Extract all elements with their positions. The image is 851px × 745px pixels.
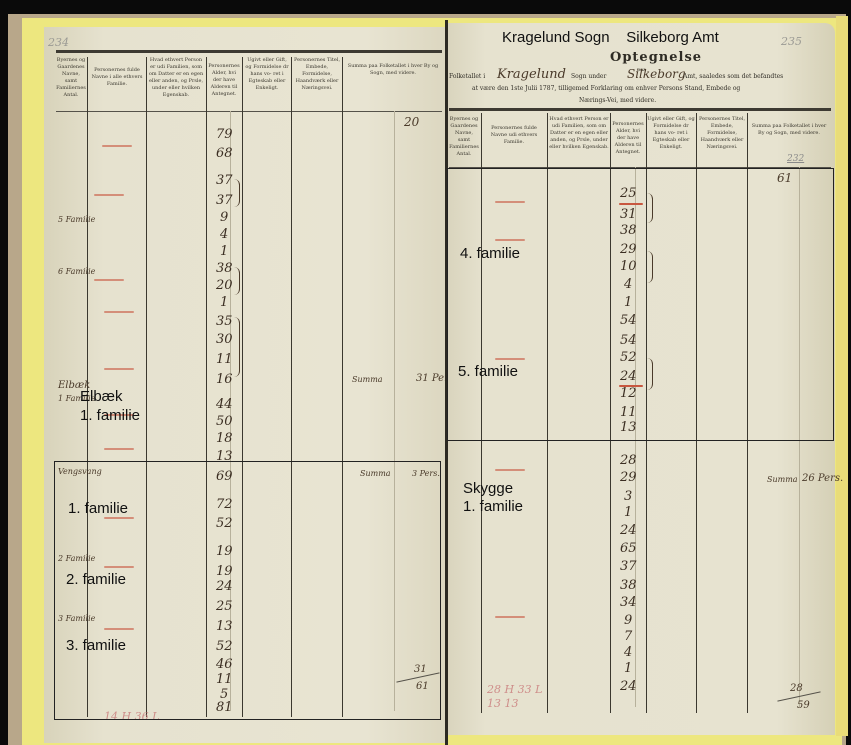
age-value: 9 xyxy=(220,210,228,225)
form-line1-post: Amt, saaledes som det befandtes xyxy=(683,73,783,80)
age-value: 16 xyxy=(216,372,233,387)
age-value: 37 xyxy=(216,193,233,208)
header-rule-bottom xyxy=(56,111,442,112)
age-value: 20 xyxy=(216,278,233,293)
header-col-age: Personernes Alder, hvi der have Alderen … xyxy=(208,63,240,103)
red-underline xyxy=(495,616,525,618)
header-col-summa: Summa paa Folketallet i hver By og Sogn,… xyxy=(344,63,442,93)
header-col-summa: Summa paa Folketallet i hver By og Sogn,… xyxy=(749,123,829,153)
age-value: 34 xyxy=(620,595,637,610)
label-skygge: Skygge xyxy=(463,480,513,498)
header-col-name: Personernes fulde Navne i alle ethvers F… xyxy=(89,67,145,97)
age-value: 37 xyxy=(216,173,233,188)
red-underline xyxy=(495,469,525,471)
red-underline xyxy=(104,448,134,450)
form-line2: at være den 1ste Julii 1787, tilligemed … xyxy=(472,85,740,92)
label-elbaek: Elbæk xyxy=(80,388,123,406)
form-line1-mid: Sogn under xyxy=(571,73,606,80)
age-value: 30 xyxy=(216,332,233,347)
form-line3: Nærings-Vei, med videre. xyxy=(579,97,656,104)
amt-handwritten: Silkeborg xyxy=(627,67,686,81)
age-value: 28 xyxy=(620,453,637,468)
summa-value: 26 Pers. xyxy=(802,473,843,484)
header-col-relation: Hvad ethvert Person er udi Familien, som… xyxy=(147,57,205,109)
header-col-occupation: Personernes Titel, Embede, Formidelse, H… xyxy=(293,57,341,102)
age-value: 38 xyxy=(216,261,233,276)
place-note: 6 Familie xyxy=(58,267,95,276)
label-left-family-1: 1. familie xyxy=(68,500,128,518)
age-value: 68 xyxy=(216,146,233,161)
age-value: 37 xyxy=(620,559,637,574)
left-page-number: 234 xyxy=(48,36,69,49)
fraction-top: 28 xyxy=(790,683,803,694)
parish-handwritten: Kragelund xyxy=(497,67,566,82)
age-value: 4 xyxy=(220,227,228,242)
age-value: 1 xyxy=(624,505,632,520)
red-underline xyxy=(94,194,124,196)
form-line1-pre: Folketallet i xyxy=(449,73,485,80)
age-value: 50 xyxy=(216,414,233,429)
header-note: 232 xyxy=(787,154,804,164)
brace-mark xyxy=(234,267,240,295)
header-rule-top xyxy=(56,50,442,53)
age-value: 24 xyxy=(620,679,637,694)
summa-label: Summa xyxy=(767,475,798,484)
header-col-marital: Ugivt eller Gift, og Formidelse dr hans … xyxy=(244,57,290,102)
age-value: 11 xyxy=(216,352,233,367)
age-value: 3 xyxy=(624,489,632,504)
top-right-note: 20 xyxy=(404,115,419,129)
age-value: 44 xyxy=(216,397,233,412)
age-value: 18 xyxy=(216,431,233,446)
header-col-occupation: Personernes Titel, Embede, Formidelse, H… xyxy=(698,116,746,161)
age-value: 24 xyxy=(620,523,637,538)
age-value: 4 xyxy=(624,645,632,660)
age-value: 7 xyxy=(624,629,632,644)
age-value: 1 xyxy=(220,295,228,310)
brace-mark xyxy=(234,179,240,207)
yellow-backing-edge xyxy=(836,16,848,736)
label-right-family-5: 5. familie xyxy=(458,363,518,381)
age-value: 29 xyxy=(620,470,637,485)
label-skygge-family-1: 1. familie xyxy=(463,498,523,516)
header-col-place: Byernes og Gaardenes Navne, samt Familie… xyxy=(56,57,86,102)
age-value: 1 xyxy=(220,244,228,259)
red-underline xyxy=(104,311,134,313)
header-col-relation: Hvad ethvert Person er udi Familien, som… xyxy=(549,116,609,168)
red-underline xyxy=(94,279,124,281)
age-value: 38 xyxy=(620,578,637,593)
brace-mark xyxy=(234,317,240,377)
parish-overlay-title: Kragelund Sogn Silkeborg Amt xyxy=(502,29,719,46)
bottom-red-sub: 13 13 xyxy=(487,697,519,710)
header-rule-top xyxy=(449,108,831,111)
label-left-family-2: 2. familie xyxy=(66,571,126,589)
right-page-number: 235 xyxy=(781,35,802,48)
header-col-name: Personernes fulde Navne udi ethvers Fami… xyxy=(483,125,545,155)
red-underline xyxy=(102,145,132,147)
red-underline xyxy=(104,368,134,370)
form-title: Optegnelse xyxy=(610,50,702,65)
header-col-age: Personernes Alder, hvi der have Alderen … xyxy=(612,121,644,163)
bottom-red-note: 28 H 33 L xyxy=(487,683,542,696)
label-elbaek-family-1: 1. familie xyxy=(80,407,140,425)
header-col-marital: Ugivt eller Gift, og Formidelse dr hans … xyxy=(647,116,695,161)
label-left-family-3: 3. familie xyxy=(66,637,126,655)
age-value: 1 xyxy=(624,661,632,676)
label-right-family-4: 4. familie xyxy=(460,245,520,263)
age-value: 65 xyxy=(620,541,637,556)
summa-label: Summa xyxy=(352,375,383,384)
fraction-bottom: 59 xyxy=(797,700,810,711)
age-value: 35 xyxy=(216,314,233,329)
annotation-box-right-upper xyxy=(447,168,834,441)
header-col-place: Byernes og Gaardenes Navne, samt Familie… xyxy=(449,116,479,164)
age-value: 9 xyxy=(624,613,632,628)
age-value: 79 xyxy=(216,127,233,142)
place-note: 5 Familie xyxy=(58,215,95,224)
